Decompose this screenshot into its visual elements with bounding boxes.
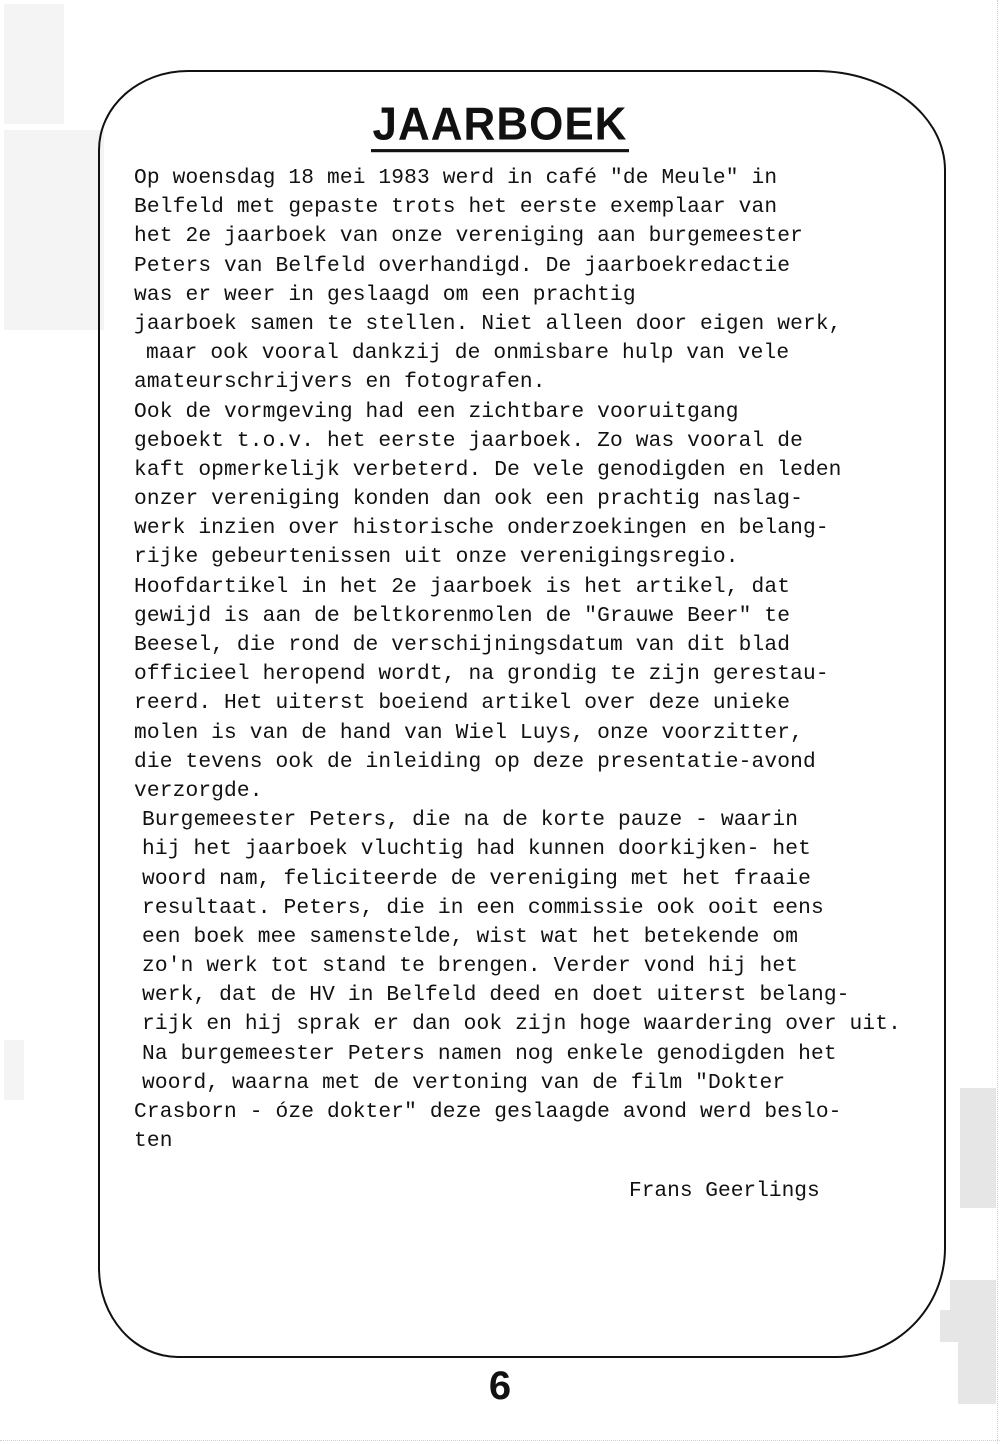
body-line: rijk en hij sprak er dan ook zijn hoge w… [134,1010,954,1039]
body-line: woord, waarna met de vertoning van de fi… [134,1069,954,1098]
author-signature: Frans Geerlings [629,1177,820,1206]
body-line: amateurschrijvers en fotografen. [134,368,954,397]
body-line: Op woensdag 18 mei 1983 werd in café "de… [134,164,954,193]
scan-edge [0,1440,1000,1441]
body-line: jaarboek samen te stellen. Niet alleen d… [134,310,954,339]
scan-artifact [960,1088,996,1208]
scan-artifact [4,1040,24,1100]
scan-artifact [940,1310,996,1342]
body-line: werk inzien over historische onderzoekin… [134,514,954,543]
body-line: was er weer in geslaagd om een prachtig [134,281,954,310]
body-line: resultaat. Peters, die in een commissie … [134,894,954,923]
body-line: gewijd is aan de beltkorenmolen de "Grau… [134,602,954,631]
body-line: werk, dat de HV in Belfeld deed en doet … [134,981,954,1010]
body-line: officieel heropend wordt, na grondig te … [134,660,954,689]
body-line: Crasborn - óze dokter" deze geslaagde av… [134,1098,954,1127]
body-line: Belfeld met gepaste trots het eerste exe… [134,193,954,222]
scan-artifact [4,130,104,330]
page-number: 6 [0,1362,1000,1410]
article-title: JAARBOEK [0,100,1000,151]
body-line: Burgemeester Peters, die na de korte pau… [134,806,954,835]
body-line: ten [134,1127,954,1156]
body-line: Beesel, die rond de verschijningsdatum v… [134,631,954,660]
scan-edge [997,0,998,1444]
body-line: verzorgde. [134,777,954,806]
body-line: woord nam, feliciteerde de vereniging me… [134,865,954,894]
body-line: rijke gebeurtenissen uit onze vereniging… [134,543,954,572]
body-line: hij het jaarboek vluchtig had kunnen doo… [134,835,954,864]
body-line: die tevens ook de inleiding op deze pres… [134,748,954,777]
body-line: Ook de vormgeving had een zichtbare voor… [134,398,954,427]
body-line: Hoofdartikel in het 2e jaarboek is het a… [134,573,954,602]
article-body: Op woensdag 18 mei 1983 werd in café "de… [134,164,954,1156]
body-line: kaft opmerkelijk verbeterd. De vele geno… [134,456,954,485]
body-line: molen is van de hand van Wiel Luys, onze… [134,719,954,748]
body-line: geboekt t.o.v. het eerste jaarboek. Zo w… [134,427,954,456]
body-line: het 2e jaarboek van onze vereniging aan … [134,222,954,251]
article-title-text: JAARBOEK [371,101,630,152]
body-line: reerd. Het uiterst boeiend artikel over … [134,689,954,718]
body-line: een boek mee samenstelde, wist wat het b… [134,923,954,952]
body-line: onzer vereniging konden dan ook een prac… [134,485,954,514]
body-line: Na burgemeester Peters namen nog enkele … [134,1040,954,1069]
body-line: maar ook vooral dankzij de onmisbare hul… [134,339,954,368]
body-line: Peters van Belfeld overhandigd. De jaarb… [134,252,954,281]
body-line: zo'n werk tot stand te brengen. Verder v… [134,952,954,981]
